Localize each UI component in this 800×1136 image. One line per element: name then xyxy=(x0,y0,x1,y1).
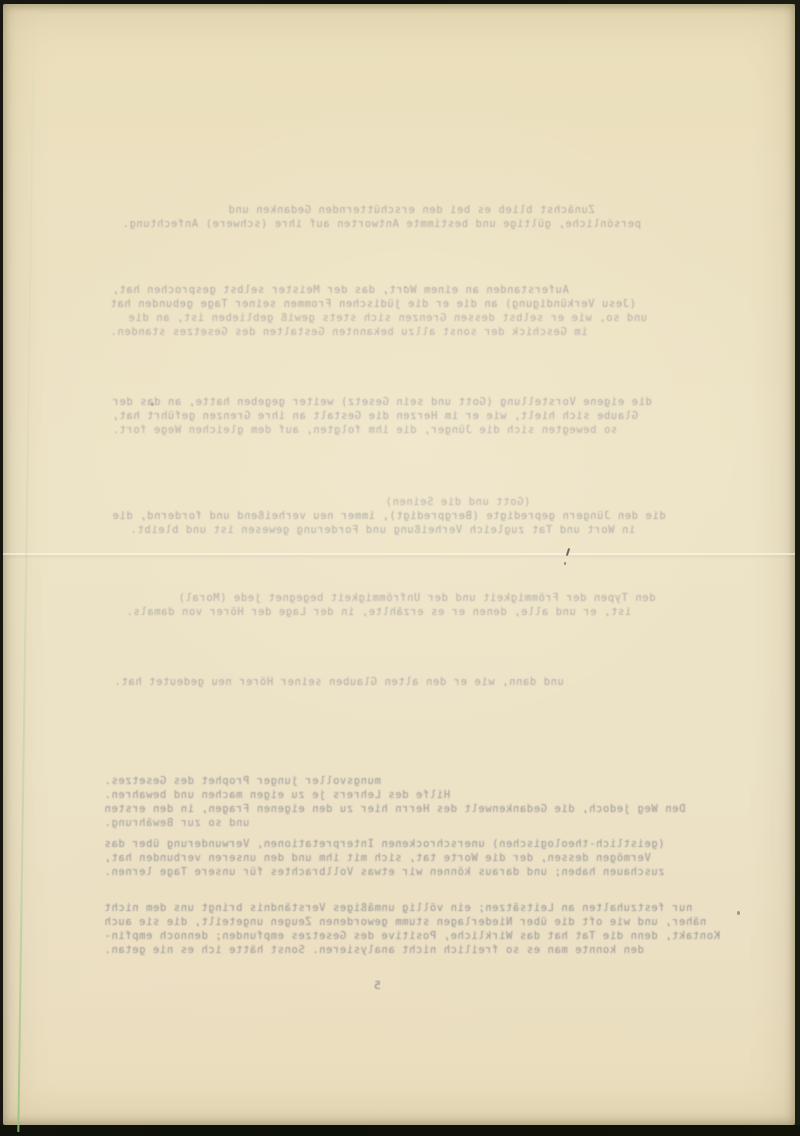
scanned-page: Zunächst blieb es bei den erschütternden… xyxy=(0,0,800,1136)
ink-speck xyxy=(564,562,566,565)
bleed-line: persönliche, gültige und bestimmte Antwo… xyxy=(122,218,641,231)
bleed-line: Glaube sich hielt, wie er im Herzen die … xyxy=(112,410,638,423)
bleed-line: in Wort und Tat zugleich Verheißung und … xyxy=(130,524,635,537)
bleed-line: den konnte man es so freilich nicht anal… xyxy=(104,944,644,957)
bleed-line: (Jesu Verkündigung) an die er die jüdisc… xyxy=(110,298,636,311)
bleed-line: nur festzuhalten an Leitsätzen; ein völl… xyxy=(104,902,692,915)
bleed-line: zuschauen haben; und daraus können wir e… xyxy=(104,866,665,879)
bleed-line: Zunächst blieb es bei den erschütternden… xyxy=(228,204,595,217)
bleed-line: die eigene Vorstellung (Gott und sein Ge… xyxy=(112,396,652,409)
bleed-line: Den Weg jedoch, die Gedankenwelt des Her… xyxy=(104,803,685,816)
bleed-line: Kontakt, denn die Tat hat das Wirkliche,… xyxy=(104,930,720,943)
ink-speck xyxy=(151,403,154,406)
ink-speck xyxy=(737,911,740,915)
bleed-line: mungsvoller junger Prophet des Gesetzes. xyxy=(104,775,381,788)
bleed-line: (Gott und die Seinen) xyxy=(385,496,530,509)
bleed-through-text: Zunächst blieb es bei den erschütternden… xyxy=(0,0,800,1136)
bleed-line: ist, er und alle, denen er es erzählte, … xyxy=(126,606,631,619)
bleed-line: so bewegten sich die Jünger, die ihm fol… xyxy=(112,424,617,437)
bleed-line: den Typen der Frömmigkeit und der Unfröm… xyxy=(178,592,656,605)
page-number: 5 xyxy=(374,979,381,992)
bleed-line: die den Jüngern gepredigte (Bergpredigt)… xyxy=(112,510,666,523)
bleed-line: und dann, wie er den alten Glauben seine… xyxy=(114,676,564,689)
ink-speck xyxy=(404,286,406,288)
scan-border-bottom xyxy=(0,1125,800,1136)
bleed-line: im Geschick der sonst allzu bekannten Ge… xyxy=(110,326,588,339)
bleed-line: (geistlich-theologischen) unerschrockene… xyxy=(104,838,665,851)
bleed-line: und so, wie er selbst dessen Grenzen sic… xyxy=(128,312,647,325)
bleed-line: Vermögen dessen, der die Worte tat, sich… xyxy=(104,852,651,865)
bleed-line: und so zur Bewährung. xyxy=(104,817,249,830)
bleed-line: Hilfe des Lehrers je zu eigen machen und… xyxy=(104,789,450,802)
bleed-line: Auferstanden an einem Wort, das der Meis… xyxy=(112,284,569,297)
bleed-line: näher, und wie oft die über Niederlagen … xyxy=(104,916,706,929)
